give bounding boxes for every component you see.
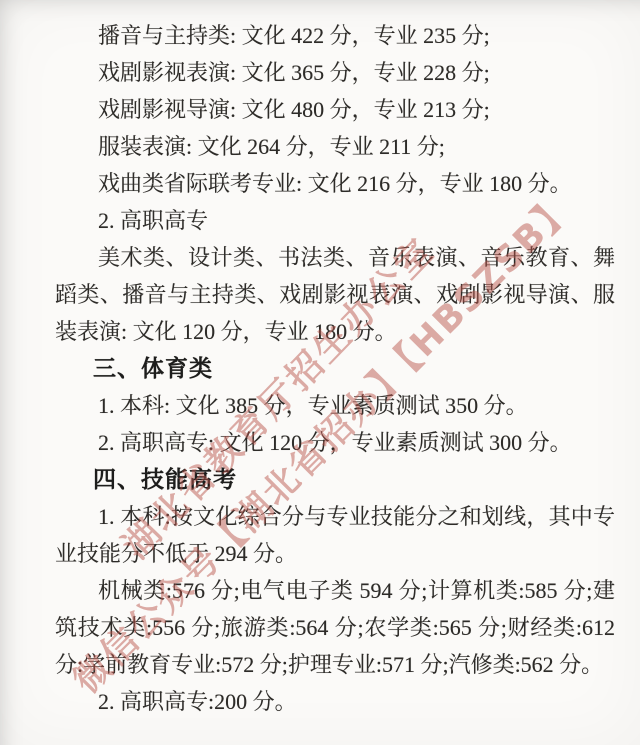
doc-paragraph: 美术类、设计类、书法类、音乐表演、音乐教育、舞蹈类、播音与主持类、戏剧影视表演、… xyxy=(55,239,615,350)
document-text-block: 播音与主持类: 文化 422 分，专业 235 分; 戏剧影视表演: 文化 36… xyxy=(0,0,640,720)
doc-paragraph: 戏剧影视导演: 文化 480 分，专业 213 分; xyxy=(55,91,615,128)
document-page: 播音与主持类: 文化 422 分，专业 235 分; 戏剧影视表演: 文化 36… xyxy=(0,0,640,745)
doc-paragraph: 戏曲类省际联考专业: 文化 216 分，专业 180 分。 xyxy=(55,165,615,202)
doc-paragraph: 机械类:576 分;电气电子类 594 分;计算机类:585 分;建筑技术类:5… xyxy=(55,572,615,683)
doc-paragraph: 服装表演: 文化 264 分，专业 211 分; xyxy=(55,128,615,165)
doc-subsection-label: 2. 高职高专 xyxy=(55,202,615,239)
doc-paragraph: 戏剧影视表演: 文化 365 分，专业 228 分; xyxy=(55,54,615,91)
doc-paragraph: 1. 本科: 文化 385 分，专业素质测试 350 分。 xyxy=(55,387,615,424)
doc-paragraph: 1. 本科:按文化综合分与专业技能分之和划线，其中专业技能分不低于 294 分。 xyxy=(55,498,615,572)
doc-paragraph: 2. 高职高专: 文化 120 分，专业素质测试 300 分。 xyxy=(55,424,615,461)
doc-paragraph: 播音与主持类: 文化 422 分，专业 235 分; xyxy=(55,17,615,54)
section-heading-skills-exam: 四、技能高考 xyxy=(55,461,615,498)
doc-paragraph: 2. 高职高专:200 分。 xyxy=(55,683,615,720)
section-heading-sports: 三、体育类 xyxy=(55,350,615,387)
